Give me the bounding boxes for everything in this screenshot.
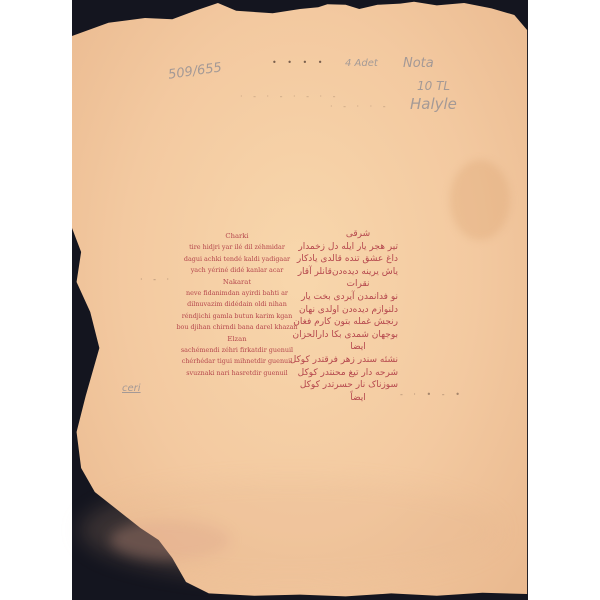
ottoman-line: نشئه سندر زهر فرقتدر کوکل (318, 354, 398, 367)
ottoman-section-label: ایضا (318, 341, 398, 354)
latin-line: bou djihan chirndi bana darel khazan (172, 322, 302, 333)
faint-mark-row: · ‐ · (140, 275, 173, 284)
pencil-item-count: 4 Adet (345, 58, 378, 69)
ottoman-line: شرحه دار تیغ محنتدر کوکل (318, 367, 398, 380)
ottoman-line: یاش یرینه دیده‌دن‌قانلر آقار (318, 266, 398, 279)
latin-refrain-label: Nakarat (172, 277, 302, 288)
ottoman-line: بوجهان شمدی بکا دارالحزان (318, 329, 398, 342)
latin-line: chérhédar tigui mihnetdir guenuil (172, 356, 302, 367)
pencil-condition: Halyle (410, 95, 457, 113)
pencil-margin-mark: ceri (122, 383, 141, 394)
faint-mark-row: · ‐ · · ‐ (330, 102, 390, 111)
ottoman-line: دلنوازم دیده‌دن اولدی نهان (318, 304, 398, 317)
ottoman-line: داغ عشق تنده قالدی یادکار (318, 253, 398, 266)
pencil-price: 10 TL (417, 79, 450, 93)
latin-line: réndjichi gamla butun karim kgan (172, 311, 302, 322)
pencil-item-type: Nota (403, 56, 434, 71)
latin-line: dilnuvazim didédain oldi nihan (172, 299, 302, 310)
latin-transliteration-column: Charki tire hidjri yar ilé dil zéhmidar … (172, 231, 302, 379)
ottoman-script-column: شرقى تیر هجر یار ایله دل زخمدار داغ عشق … (318, 228, 398, 404)
ottoman-line: نو فدانمدن آیردی بخت یار (318, 291, 398, 304)
ottoman-line: رنجش غمله بتون کارم فغان (318, 316, 398, 329)
ottoman-closing-label: ایضاً (318, 392, 398, 405)
printed-dot-row: • • • • (272, 58, 327, 67)
ottoman-refrain-label: نقرات (318, 278, 398, 291)
latin-line: tire hidjri yar ilé dil zéhmidar (172, 242, 302, 253)
latin-line: neve fidanimdan ayirdi bahti ar (172, 288, 302, 299)
faint-mark-row: ‐ · • ‐ • (400, 390, 464, 399)
ottoman-line: تیر هجر یار ایله دل زخمدار (318, 241, 398, 254)
latin-line: yach yériné didé kanlar acar (172, 265, 302, 276)
ottoman-line: سوزناک نار حسرتدر کوکل (318, 379, 398, 392)
faint-mark-row: · ‐ · ‐ · ‐ · ‐ (240, 92, 340, 101)
latin-section-label: Elzan (172, 334, 302, 345)
latin-line: svuznaki nari hasretdir guenuil (172, 368, 302, 379)
latin-title: Charki (172, 231, 302, 242)
latin-line: dagui achki tendé kaldi yadigaar (172, 254, 302, 265)
ottoman-title: شرقى (318, 228, 398, 241)
latin-line: sachémendi zéhri firkatdir guenuil (172, 345, 302, 356)
